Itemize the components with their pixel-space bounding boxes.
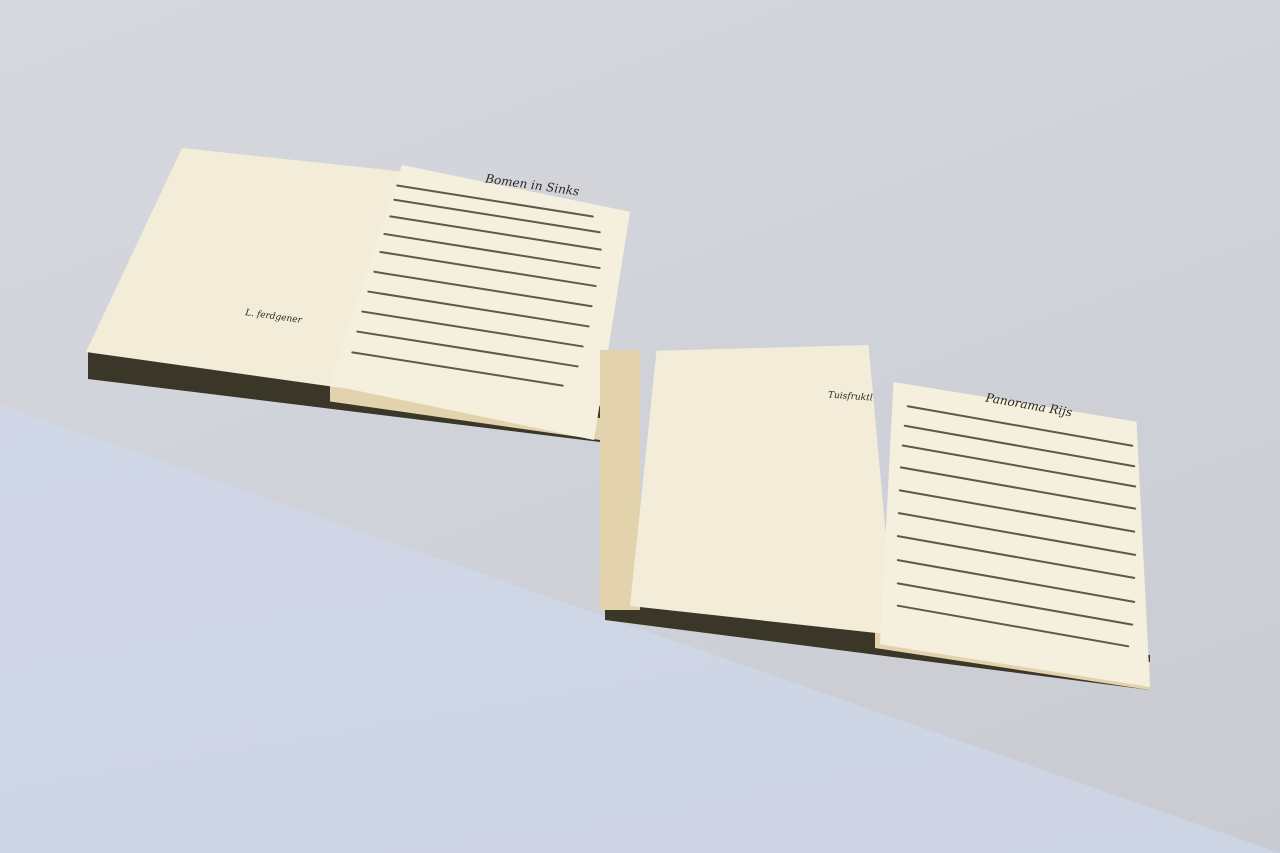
photo-scene: Bomen in Sinks L. ferdgener Panorama Rij…	[0, 0, 1280, 853]
left-page	[630, 345, 895, 635]
notebook-right: Panorama Rijs Tuisfruktl	[0, 0, 1280, 853]
